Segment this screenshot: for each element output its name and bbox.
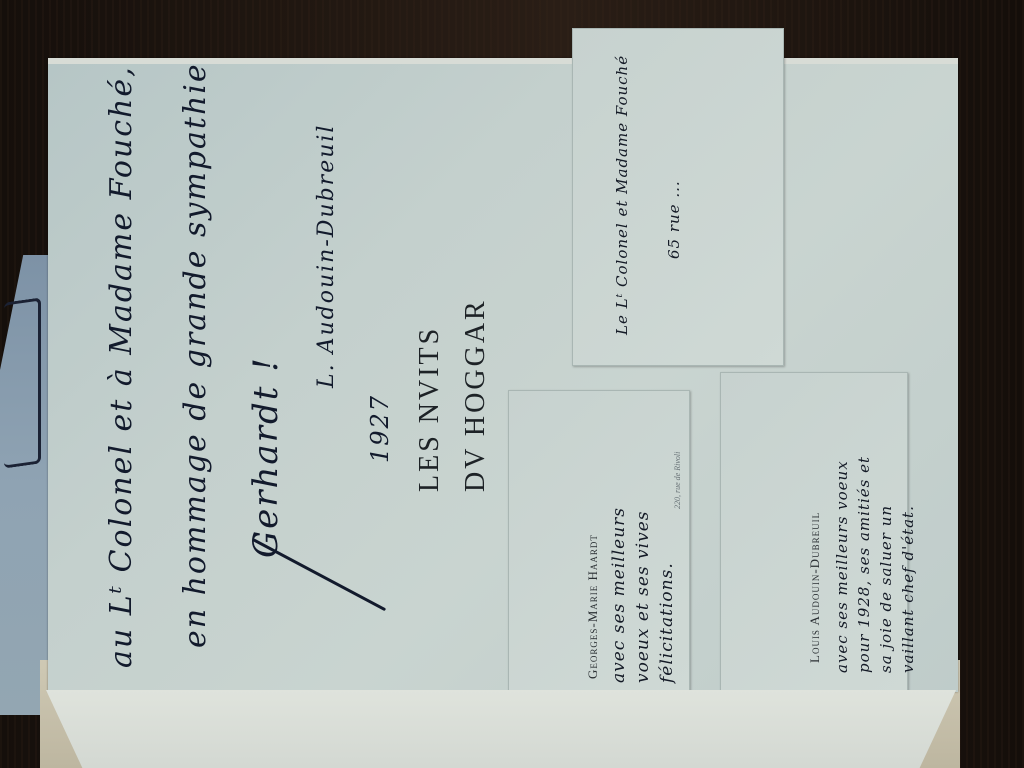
card-haardt-line-3: félicitations. bbox=[657, 562, 677, 683]
signature-flourish bbox=[252, 538, 386, 611]
card-haardt-line-1: avec ses meilleurs bbox=[609, 507, 629, 683]
card-audouin-line-2: pour 1928, ses amitiés et bbox=[855, 456, 873, 673]
card-haardt-printed-name: Georges-Marie Haardt bbox=[585, 534, 601, 679]
book-title-line-2: DV HOGGAR bbox=[460, 298, 492, 492]
card-fouche-line-1: Le Lᵗ Colonel et Madame Fouché bbox=[613, 55, 631, 335]
card-fouche-line-2: 65 rue ... bbox=[665, 180, 683, 259]
inscription-year: 1927 bbox=[366, 394, 394, 463]
visiting-card-audouin-dubreuil: Louis Audouin-Dubreuil avec ses meilleur… bbox=[720, 372, 908, 692]
visiting-card-haardt: Georges-Marie Haardt avec ses meilleurs … bbox=[508, 390, 690, 692]
book-title-line-1: LES NVITS bbox=[414, 326, 446, 492]
card-audouin-line-3: sa joie de saluer un bbox=[877, 505, 895, 673]
book-title-page: au Lᵗ Colonel et à Madame Fouché, en hom… bbox=[48, 58, 958, 692]
visiting-card-fouche: Le Lᵗ Colonel et Madame Fouché 65 rue ..… bbox=[572, 28, 784, 366]
folded-endpaper bbox=[46, 690, 956, 768]
card-audouin-line-4: vaillant chef d'état. bbox=[899, 505, 917, 673]
pen-sketch-on-scrap bbox=[4, 297, 41, 468]
card-audouin-line-1: avec ses meilleurs voeux bbox=[833, 460, 851, 673]
inscription-line-1: au Lᵗ Colonel et à Madame Fouché, bbox=[104, 65, 139, 668]
card-haardt-address: 220, rue de Rivoli bbox=[673, 452, 682, 509]
inscription-signature-gerhardt: Gerhardt ! bbox=[246, 356, 286, 558]
card-audouin-printed-name: Louis Audouin-Dubreuil bbox=[807, 512, 823, 663]
inscription-signature-audouin: L. Audouin-Dubreuil bbox=[314, 124, 339, 388]
inscription-line-2: en hommage de grande sympathie bbox=[178, 62, 213, 648]
card-haardt-line-2: voeux et ses vives bbox=[633, 511, 653, 683]
